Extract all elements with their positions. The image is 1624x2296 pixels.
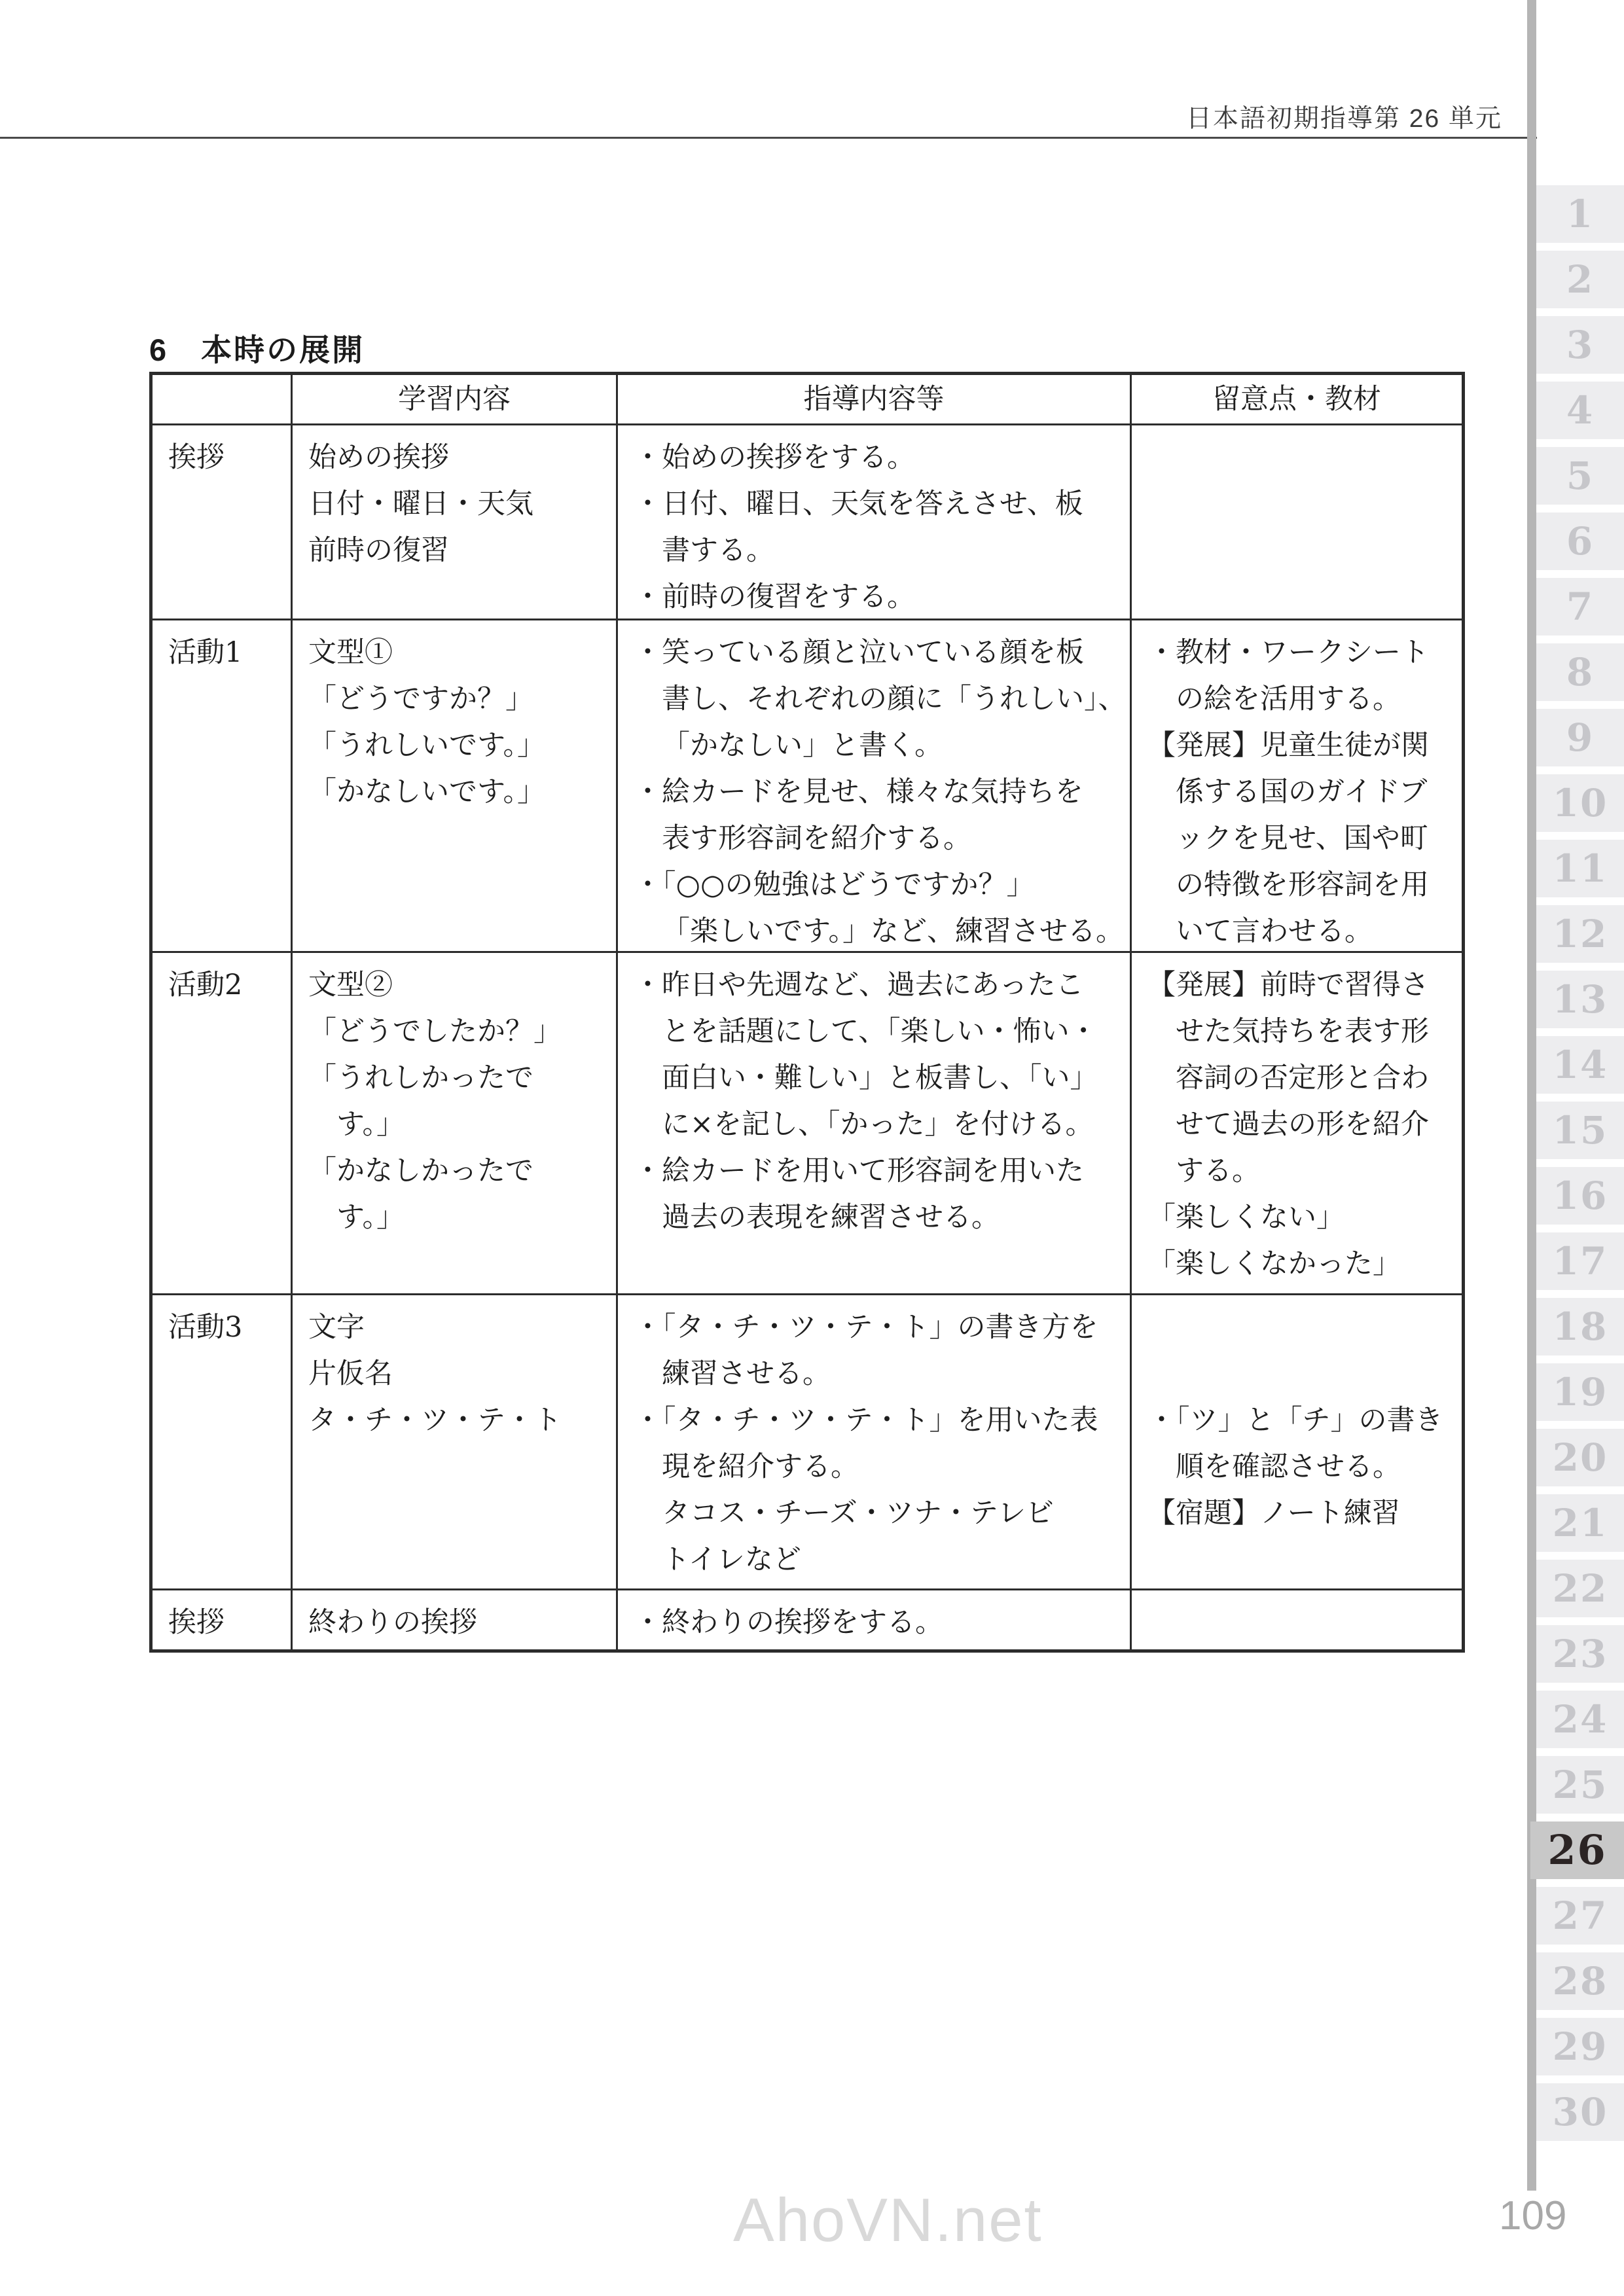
row-label-cell: 活動2	[153, 953, 291, 1293]
lesson-plan-table: 学習内容指導内容等留意点・教材挨拶始めの挨拶日付・曜日・天気前時の復習・始めの挨…	[149, 372, 1465, 1653]
unit-tab-16: 16	[1536, 1167, 1624, 1225]
cell-line: 現を紹介する。	[634, 1444, 1121, 1490]
cell-line: 文型①	[308, 630, 607, 676]
notes-materials-cell	[1130, 1590, 1462, 1649]
cell-line: タ・チ・ツ・テ・ト	[308, 1397, 607, 1444]
cell-line: す。」	[308, 1102, 607, 1148]
cell-line: 前時の復習	[308, 528, 607, 574]
cell-line: ・始めの挨拶をする。	[634, 435, 1121, 481]
unit-tab-14: 14	[1536, 1036, 1624, 1094]
cell-line: ・日付、曜日、天気を答えさせ、板	[634, 481, 1121, 528]
cell-line: せた気持ちを表す形	[1147, 1009, 1453, 1055]
cell-line: 「かなしい」と書く。	[634, 723, 1121, 769]
learning-content-cell: 終わりの挨拶	[291, 1590, 616, 1649]
cell-line: とを話題にして、「楽しい・怖い・	[634, 1009, 1121, 1055]
cell-line: 係する国のガイドブ	[1147, 769, 1453, 816]
cell-line: せて過去の形を紹介	[1147, 1102, 1453, 1148]
watermark: AhoVN.net	[733, 2185, 1043, 2255]
unit-tab-2: 2	[1536, 251, 1624, 308]
blank-lines	[1147, 1304, 1154, 1397]
unit-tab-29: 29	[1536, 2018, 1624, 2075]
unit-tab-30: 30	[1536, 2083, 1624, 2141]
cell-line: 文型②	[308, 962, 607, 1009]
row-label: 挨拶	[168, 1600, 281, 1646]
cell-line: 「楽しくない」	[1147, 1194, 1453, 1241]
cell-line: ・笑っている顔と泣いている顔を板	[634, 630, 1121, 676]
unit-tab-19: 19	[1536, 1363, 1624, 1421]
learning-content-cell: 文型①「どうですか？」「うれしいです。」「かなしいです。」	[291, 620, 616, 951]
column-header: 指導内容等	[616, 375, 1130, 423]
unit-tab-5: 5	[1536, 447, 1624, 505]
row-label: 活動2	[168, 962, 281, 1009]
section-title: 6 本時の展開	[149, 326, 365, 370]
cell-line: ・「ツ」と「チ」の書き	[1147, 1397, 1453, 1444]
column-header	[153, 375, 291, 423]
cell-line: 容詞の否定形と合わ	[1147, 1055, 1453, 1102]
unit-tab-1: 1	[1536, 185, 1624, 243]
column-header: 留意点・教材	[1130, 375, 1462, 423]
instruction-content-cell: ・終わりの挨拶をする。	[616, 1590, 1130, 1649]
table-row: 活動1文型①「どうですか？」「うれしいです。」「かなしいです。」・笑っている顔と…	[153, 619, 1462, 951]
unit-tab-4: 4	[1536, 382, 1624, 439]
cell-line: 始めの挨拶	[308, 435, 607, 481]
notes-materials-cell: ・「ツ」と「チ」の書き順を確認させる。【宿題】ノート練習	[1130, 1295, 1462, 1588]
table-row: 活動3文字片仮名タ・チ・ツ・テ・ト・「タ・チ・ツ・テ・ト」の書き方を練習させる。…	[153, 1293, 1462, 1588]
row-label-cell: 活動1	[153, 620, 291, 951]
table-row: 活動2文型②「どうでしたか？」「うれしかったです。」「かなしかったです。」・昨日…	[153, 951, 1462, 1293]
cell-line: 過去の表現を練習させる。	[634, 1194, 1121, 1241]
unit-tab-18: 18	[1536, 1298, 1624, 1355]
cell-line: 日付・曜日・天気	[308, 481, 607, 528]
cell-line: 終わりの挨拶	[308, 1600, 607, 1646]
row-label-cell: 挨拶	[153, 1590, 291, 1649]
unit-tab-6: 6	[1536, 512, 1624, 570]
unit-tab-28: 28	[1536, 1952, 1624, 2010]
unit-tab-11: 11	[1536, 840, 1624, 897]
unit-tab-12: 12	[1536, 905, 1624, 963]
cell-line: 練習させる。	[634, 1351, 1121, 1397]
cell-line: 表す形容詞を紹介する。	[634, 816, 1121, 862]
cell-line: 面白い・難しい」と板書し、「い」	[634, 1055, 1121, 1102]
instruction-content-cell: ・笑っている顔と泣いている顔を板書し、それぞれの顔に「うれしい」、「かなしい」と…	[616, 620, 1130, 951]
cell-line: 書する。	[634, 528, 1121, 574]
unit-tab-23: 23	[1536, 1625, 1624, 1683]
row-label-cell: 挨拶	[153, 425, 291, 619]
cell-line: 「かなしかったで	[308, 1148, 607, 1194]
page-number: 109	[1499, 2193, 1566, 2239]
table-header-row: 学習内容指導内容等留意点・教材	[153, 375, 1462, 423]
cell-line: 片仮名	[308, 1351, 607, 1397]
cell-line: タコス・チーズ・ツナ・テレビ	[634, 1490, 1121, 1537]
instruction-content-cell: ・「タ・チ・ツ・テ・ト」の書き方を練習させる。・「タ・チ・ツ・テ・ト」を用いた表…	[616, 1295, 1130, 1588]
cell-line: 「楽しくなかった」	[1147, 1241, 1453, 1287]
unit-tab-7: 7	[1536, 578, 1624, 636]
unit-tab-20: 20	[1536, 1429, 1624, 1486]
table-row: 挨拶始めの挨拶日付・曜日・天気前時の復習・始めの挨拶をする。・日付、曜日、天気を…	[153, 423, 1462, 619]
cell-line: 「かなしいです。」	[308, 769, 607, 816]
cell-line: ・終わりの挨拶をする。	[634, 1600, 1121, 1646]
unit-tab-15: 15	[1536, 1102, 1624, 1159]
cell-line: 文字	[308, 1304, 607, 1351]
cell-line: 【発展】児童生徒が関	[1147, 723, 1453, 769]
unit-tab-21: 21	[1536, 1494, 1624, 1552]
table-row: 挨拶終わりの挨拶・終わりの挨拶をする。	[153, 1588, 1462, 1649]
unit-tab-26-active: 26	[1530, 1821, 1624, 1879]
unit-tab-27: 27	[1536, 1887, 1624, 1945]
cell-line: の絵を活用する。	[1147, 676, 1453, 723]
cell-line: ・絵カードを用いて形容詞を用いた	[634, 1148, 1121, 1194]
unit-tab-22: 22	[1536, 1560, 1624, 1617]
learning-content-cell: 始めの挨拶日付・曜日・天気前時の復習	[291, 425, 616, 619]
row-label: 活動3	[168, 1304, 281, 1351]
row-label-cell: 活動3	[153, 1295, 291, 1588]
cell-line: 順を確認させる。	[1147, 1444, 1453, 1490]
notes-materials-cell: ・教材・ワークシートの絵を活用する。【発展】児童生徒が関係する国のガイドブックを…	[1130, 620, 1462, 951]
row-label: 挨拶	[168, 435, 281, 481]
cell-line: 「うれしいです。」	[308, 723, 607, 769]
instruction-content-cell: ・始めの挨拶をする。・日付、曜日、天気を答えさせ、板書する。・前時の復習をする。	[616, 425, 1130, 619]
cell-line: に×を記し、「かった」を付ける。	[634, 1102, 1121, 1148]
notes-materials-cell: 【発展】前時で習得させた気持ちを表す形容詞の否定形と合わせて過去の形を紹介する。…	[1130, 953, 1462, 1293]
instruction-content-cell: ・昨日や先週など、過去にあったことを話題にして、「楽しい・怖い・面白い・難しい」…	[616, 953, 1130, 1293]
cell-line: ・「タ・チ・ツ・テ・ト」を用いた表	[634, 1397, 1121, 1444]
cell-line: 「うれしかったで	[308, 1055, 607, 1102]
unit-tab-10: 10	[1536, 774, 1624, 832]
cell-line: す。」	[308, 1194, 607, 1241]
cell-line: ・絵カードを見せ、様々な気持ちを	[634, 769, 1121, 816]
cell-line: いて言わせる。	[1147, 908, 1453, 951]
cell-line: ・前時の復習をする。	[634, 574, 1121, 619]
learning-content-cell: 文型②「どうでしたか？」「うれしかったです。」「かなしかったです。」	[291, 953, 616, 1293]
unit-tab-25: 25	[1536, 1756, 1624, 1814]
running-header: 日本語初期指導第 26 単元	[1186, 98, 1502, 135]
cell-line: ・昨日や先週など、過去にあったこ	[634, 962, 1121, 1009]
cell-line: ・「タ・チ・ツ・テ・ト」の書き方を	[634, 1304, 1121, 1351]
cell-line: 「どうでしたか？」	[308, 1009, 607, 1055]
learning-content-cell: 文字片仮名タ・チ・ツ・テ・ト	[291, 1295, 616, 1588]
unit-tab-24: 24	[1536, 1691, 1624, 1748]
row-label: 活動1	[168, 630, 281, 676]
unit-tab-8: 8	[1536, 643, 1624, 701]
cell-line: する。	[1147, 1148, 1453, 1194]
cell-line: 【発展】前時で習得さ	[1147, 962, 1453, 1009]
unit-tab-3: 3	[1536, 316, 1624, 374]
cell-line: 【宿題】ノート練習	[1147, 1490, 1453, 1537]
cell-line: トイレなど	[634, 1537, 1121, 1583]
cell-line: 「楽しいです。」など、練習させる。	[634, 908, 1121, 951]
unit-tab-9: 9	[1536, 709, 1624, 766]
unit-tab-17: 17	[1536, 1232, 1624, 1290]
cell-line: ックを見せ、国や町	[1147, 816, 1453, 862]
cell-line: ・「○○の勉強はどうですか？」	[634, 862, 1121, 908]
cell-line: ・教材・ワークシート	[1147, 630, 1453, 676]
cell-line: 「どうですか？」	[308, 676, 607, 723]
header-rule-line	[0, 137, 1537, 139]
notes-materials-cell	[1130, 425, 1462, 619]
scanned-document-page: 日本語初期指導第 26 単元 6 本時の展開 学習内容指導内容等留意点・教材挨拶…	[0, 0, 1624, 2296]
cell-line: の特徴を形容詞を用	[1147, 862, 1453, 908]
unit-tab-13: 13	[1536, 971, 1624, 1028]
column-header: 学習内容	[291, 375, 616, 423]
cell-line: 書し、それぞれの顔に「うれしい」、	[634, 676, 1121, 723]
